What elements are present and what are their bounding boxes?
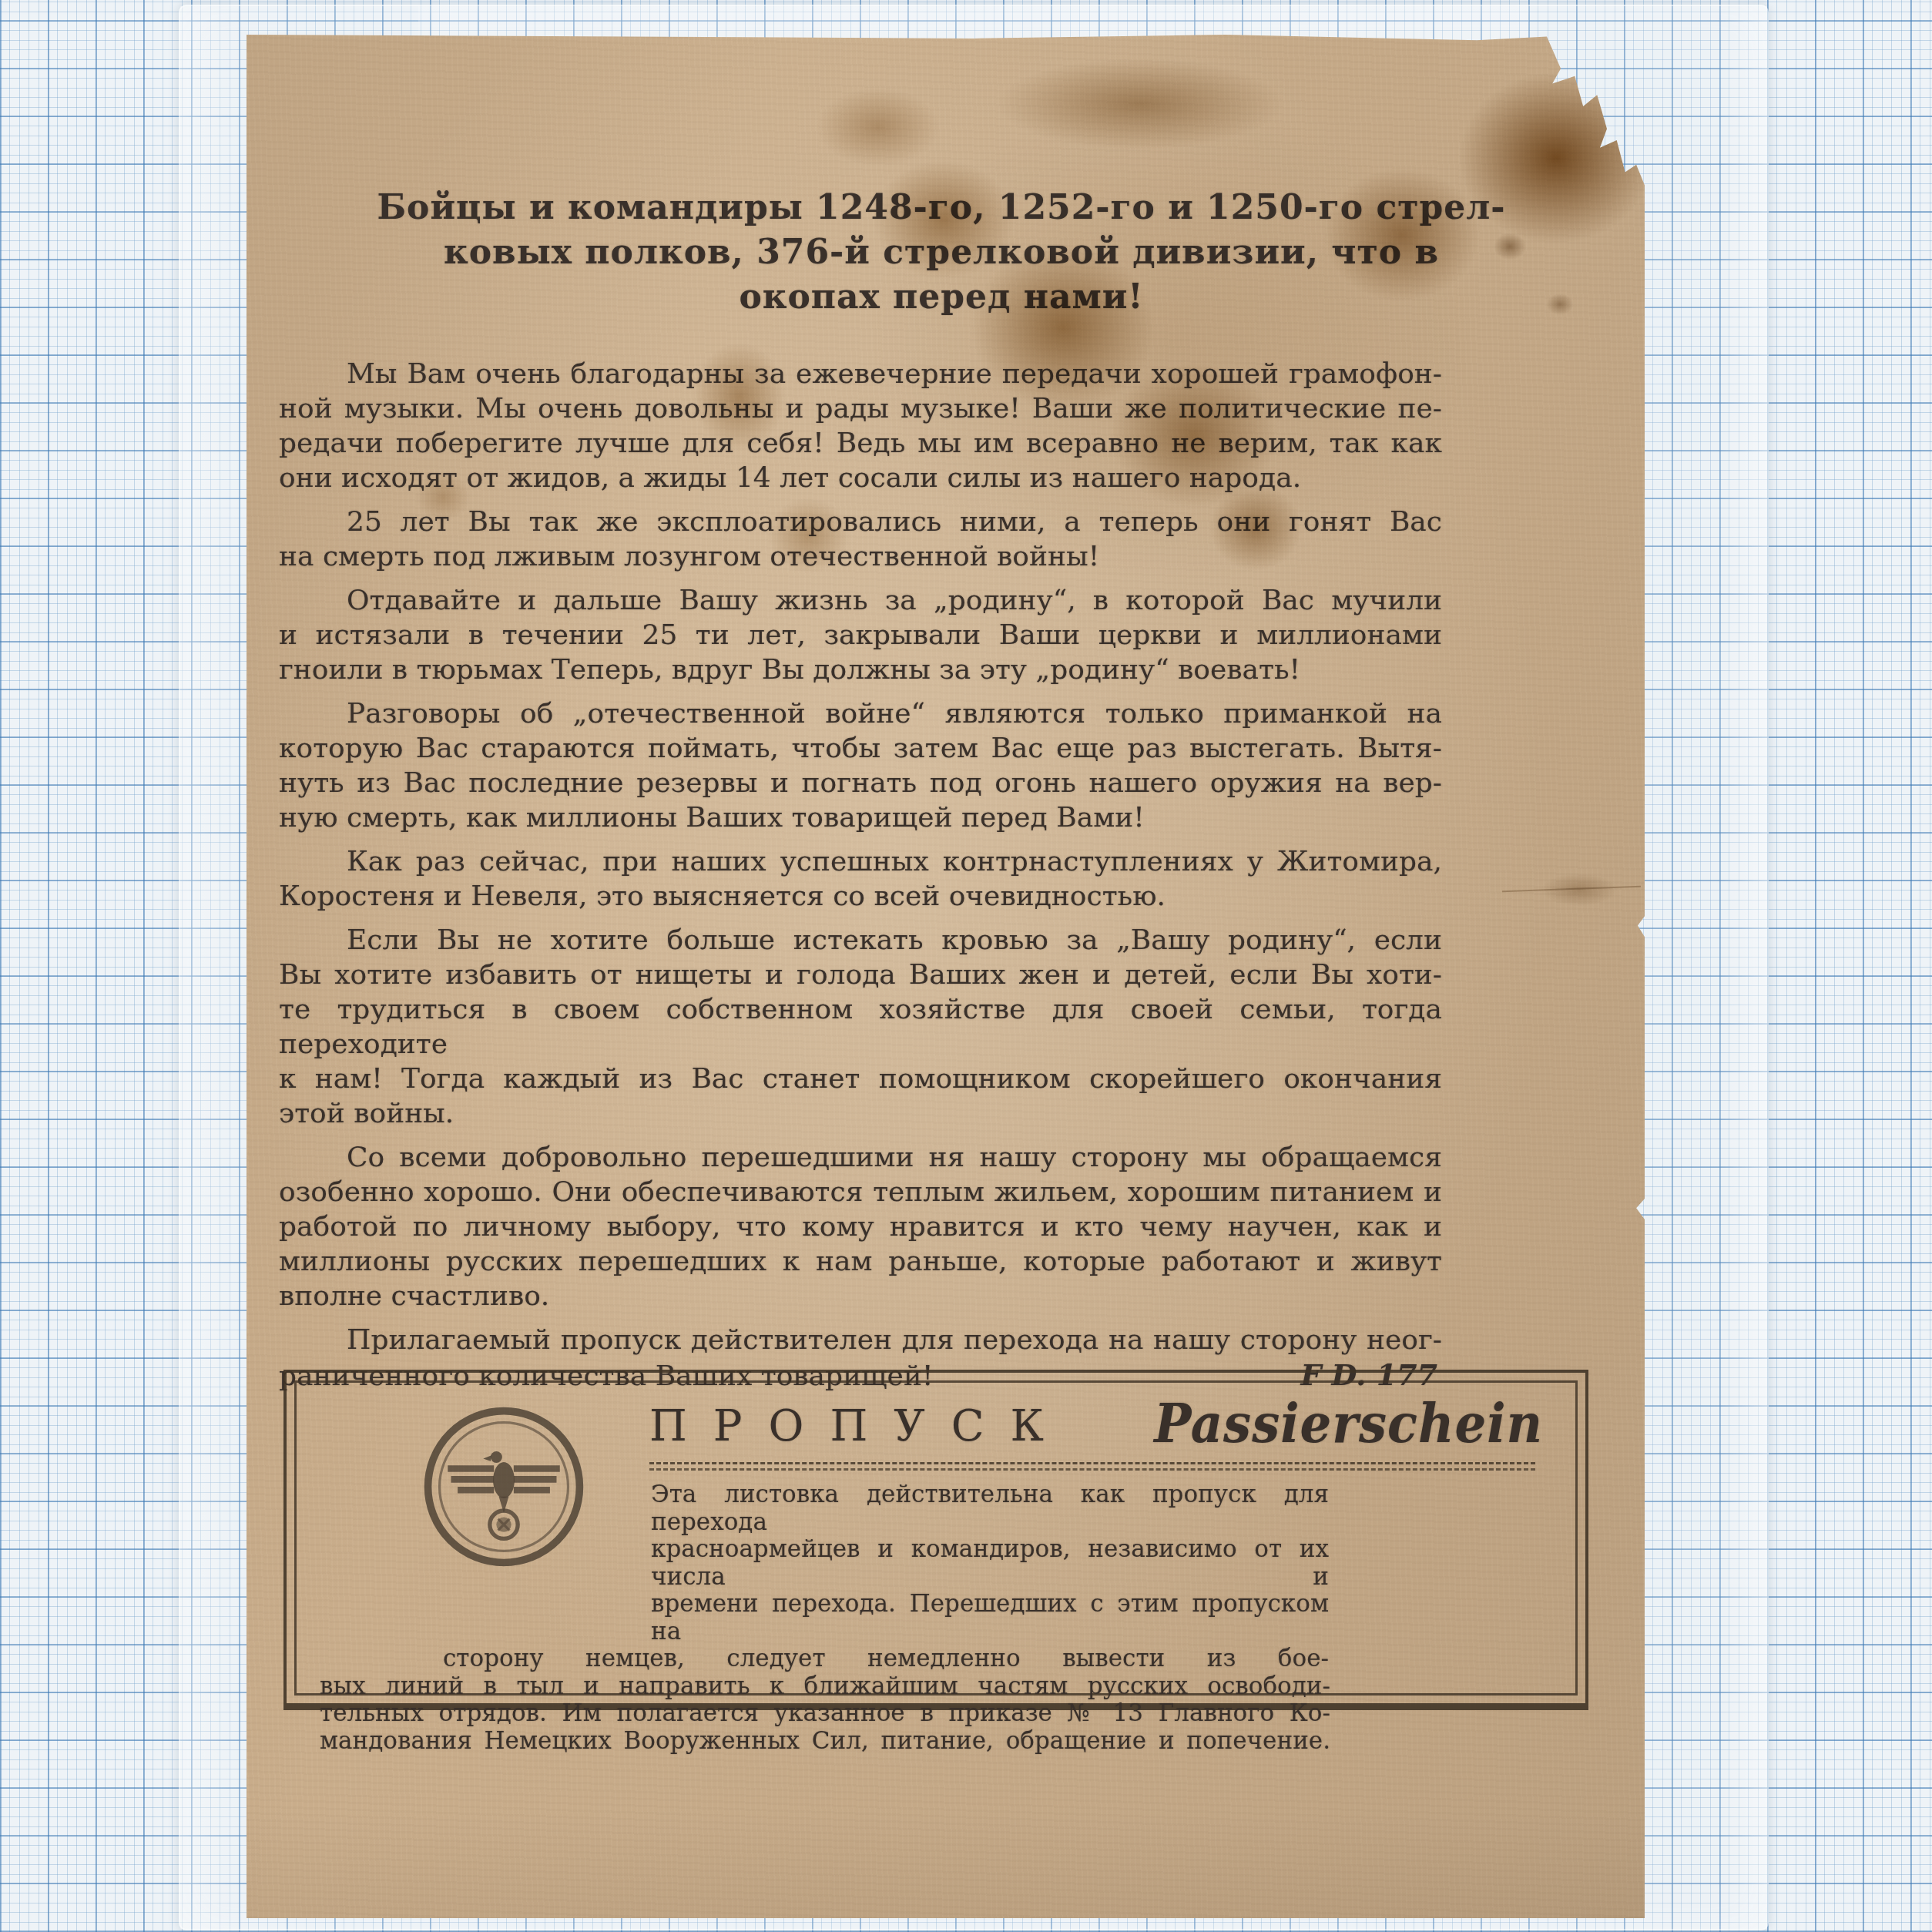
pass-box-title-ru: ПРОПУСК [649, 1401, 1070, 1451]
photo-scene: Бойцы и командиры 1248-го, 1252-го и 125… [0, 0, 1932, 1932]
pass-box-line: вых линий в тыл и направить к ближайшим … [320, 1673, 1330, 1701]
body-line: 25 лет Вы так же эксплоатировались ними,… [279, 505, 1442, 539]
body-line: ной музыки. Мы очень довольны и рады муз… [279, 391, 1442, 426]
body-line: Вы хотите избавить от нищеты и голода Ва… [279, 958, 1442, 992]
pass-box-inner-border: ПРОПУСК Passierschein Эта листовка дейст… [294, 1380, 1578, 1696]
body-line: и истязали в течении 25 ти лет, закрывал… [279, 618, 1442, 652]
pass-box-line: Эта листовка действительна как пропуск д… [651, 1481, 1329, 1536]
pass-box-line: тельных отрядов. Им полагается указанное… [320, 1700, 1330, 1728]
body-line: Мы Вам очень благодарны за ежевечерние п… [279, 357, 1442, 391]
pass-box: ПРОПУСК Passierschein Эта листовка дейст… [283, 1370, 1588, 1710]
pass-box-title-de: Passierschein [1154, 1393, 1543, 1455]
paragraph: Со всеми добровольно перешедшими ня нашу… [279, 1140, 1442, 1313]
body-line: этой войны. [279, 1096, 1442, 1131]
leaflet-text: Бойцы и командиры 1248-го, 1252-го и 125… [279, 186, 1442, 1403]
body-line: они исходят от жидов, а жиды 14 лет соса… [279, 461, 1442, 495]
pass-box-line: мандования Немецких Вооруженных Сил, пит… [320, 1728, 1330, 1756]
divider-rule [649, 1462, 1535, 1471]
pass-box-line: красноармейцев и командиров, независимо … [651, 1536, 1329, 1591]
title-line: окопах перед нами! [360, 275, 1523, 320]
body-line: Отдавайте и дальше Вашу жизнь за „родину… [279, 583, 1442, 618]
body-line: Со всеми добровольно перешедшими ня нашу… [279, 1140, 1442, 1175]
body-line: Разговоры об „отечественной войне“ являю… [279, 696, 1442, 731]
leaflet-paper: Бойцы и командиры 1248-го, 1252-го и 125… [247, 35, 1645, 1918]
paragraph: Отдавайте и дальше Вашу жизнь за „родину… [279, 583, 1442, 687]
body-line: к нам! Тогда каждый из Вас станет помощн… [279, 1062, 1442, 1096]
body-line: ную смерть, как миллионы Ваших товарищей… [279, 800, 1442, 835]
paragraph: 25 лет Вы так же эксплоатировались ними,… [279, 505, 1442, 574]
body-line: вполне счастливо. [279, 1279, 1442, 1313]
body-line: Если Вы не хотите больше истекать кровью… [279, 923, 1442, 958]
body-line: озобенно хорошо. Они обеспечиваются тепл… [279, 1175, 1442, 1209]
body-line: которую Вас стараются поймать, чтобы зат… [279, 731, 1442, 766]
body-line: Как раз сейчас, при наших успешных контр… [279, 844, 1442, 879]
sleeve-sheen [1721, 6, 1767, 1929]
pass-box-line: времени перехода. Перешедших с этим проп… [651, 1591, 1329, 1645]
eagle-stamp-icon [421, 1404, 586, 1569]
body-line: Коростеня и Невеля, это выясняется со вс… [279, 879, 1442, 914]
pass-box-header: ПРОПУСК Passierschein [649, 1395, 1543, 1453]
paragraph: Если Вы не хотите больше истекать кровью… [279, 923, 1442, 1131]
body-line: те трудиться в своем собственном хозяйст… [279, 992, 1442, 1062]
paper-crease [1502, 886, 1641, 892]
sleeve-sheen [180, 6, 250, 1929]
body-line: нуть из Вас последние резервы и погнать … [279, 766, 1442, 800]
leaflet-title: Бойцы и командиры 1248-го, 1252-го и 125… [360, 186, 1523, 320]
title-line: Бойцы и командиры 1248-го, 1252-го и 125… [360, 186, 1523, 230]
pass-box-line: сторону немцев, следует немедленно вывес… [443, 1645, 1329, 1673]
body-line: редачи поберегите лучше для себя! Ведь м… [279, 426, 1442, 461]
paragraph: Разговоры об „отечественной войне“ являю… [279, 696, 1442, 835]
paragraph: Как раз сейчас, при наших успешных контр… [279, 844, 1442, 914]
paragraph: Мы Вам очень благодарны за ежевечерние п… [279, 357, 1442, 495]
body-line: работой по личному выбору, что кому нрав… [279, 1209, 1442, 1244]
body-line: миллионы русских перешедших к нам раньше… [279, 1244, 1442, 1279]
body-line: на смерть под лживым лозунгом отечествен… [279, 539, 1442, 574]
title-line: ковых полков, 376-й стрелковой дивизии, … [360, 230, 1523, 275]
body-line: гноили в тюрьмах Теперь, вдруг Вы должны… [279, 652, 1442, 687]
body-line: Прилагаемый пропуск действителен для пер… [279, 1323, 1442, 1357]
